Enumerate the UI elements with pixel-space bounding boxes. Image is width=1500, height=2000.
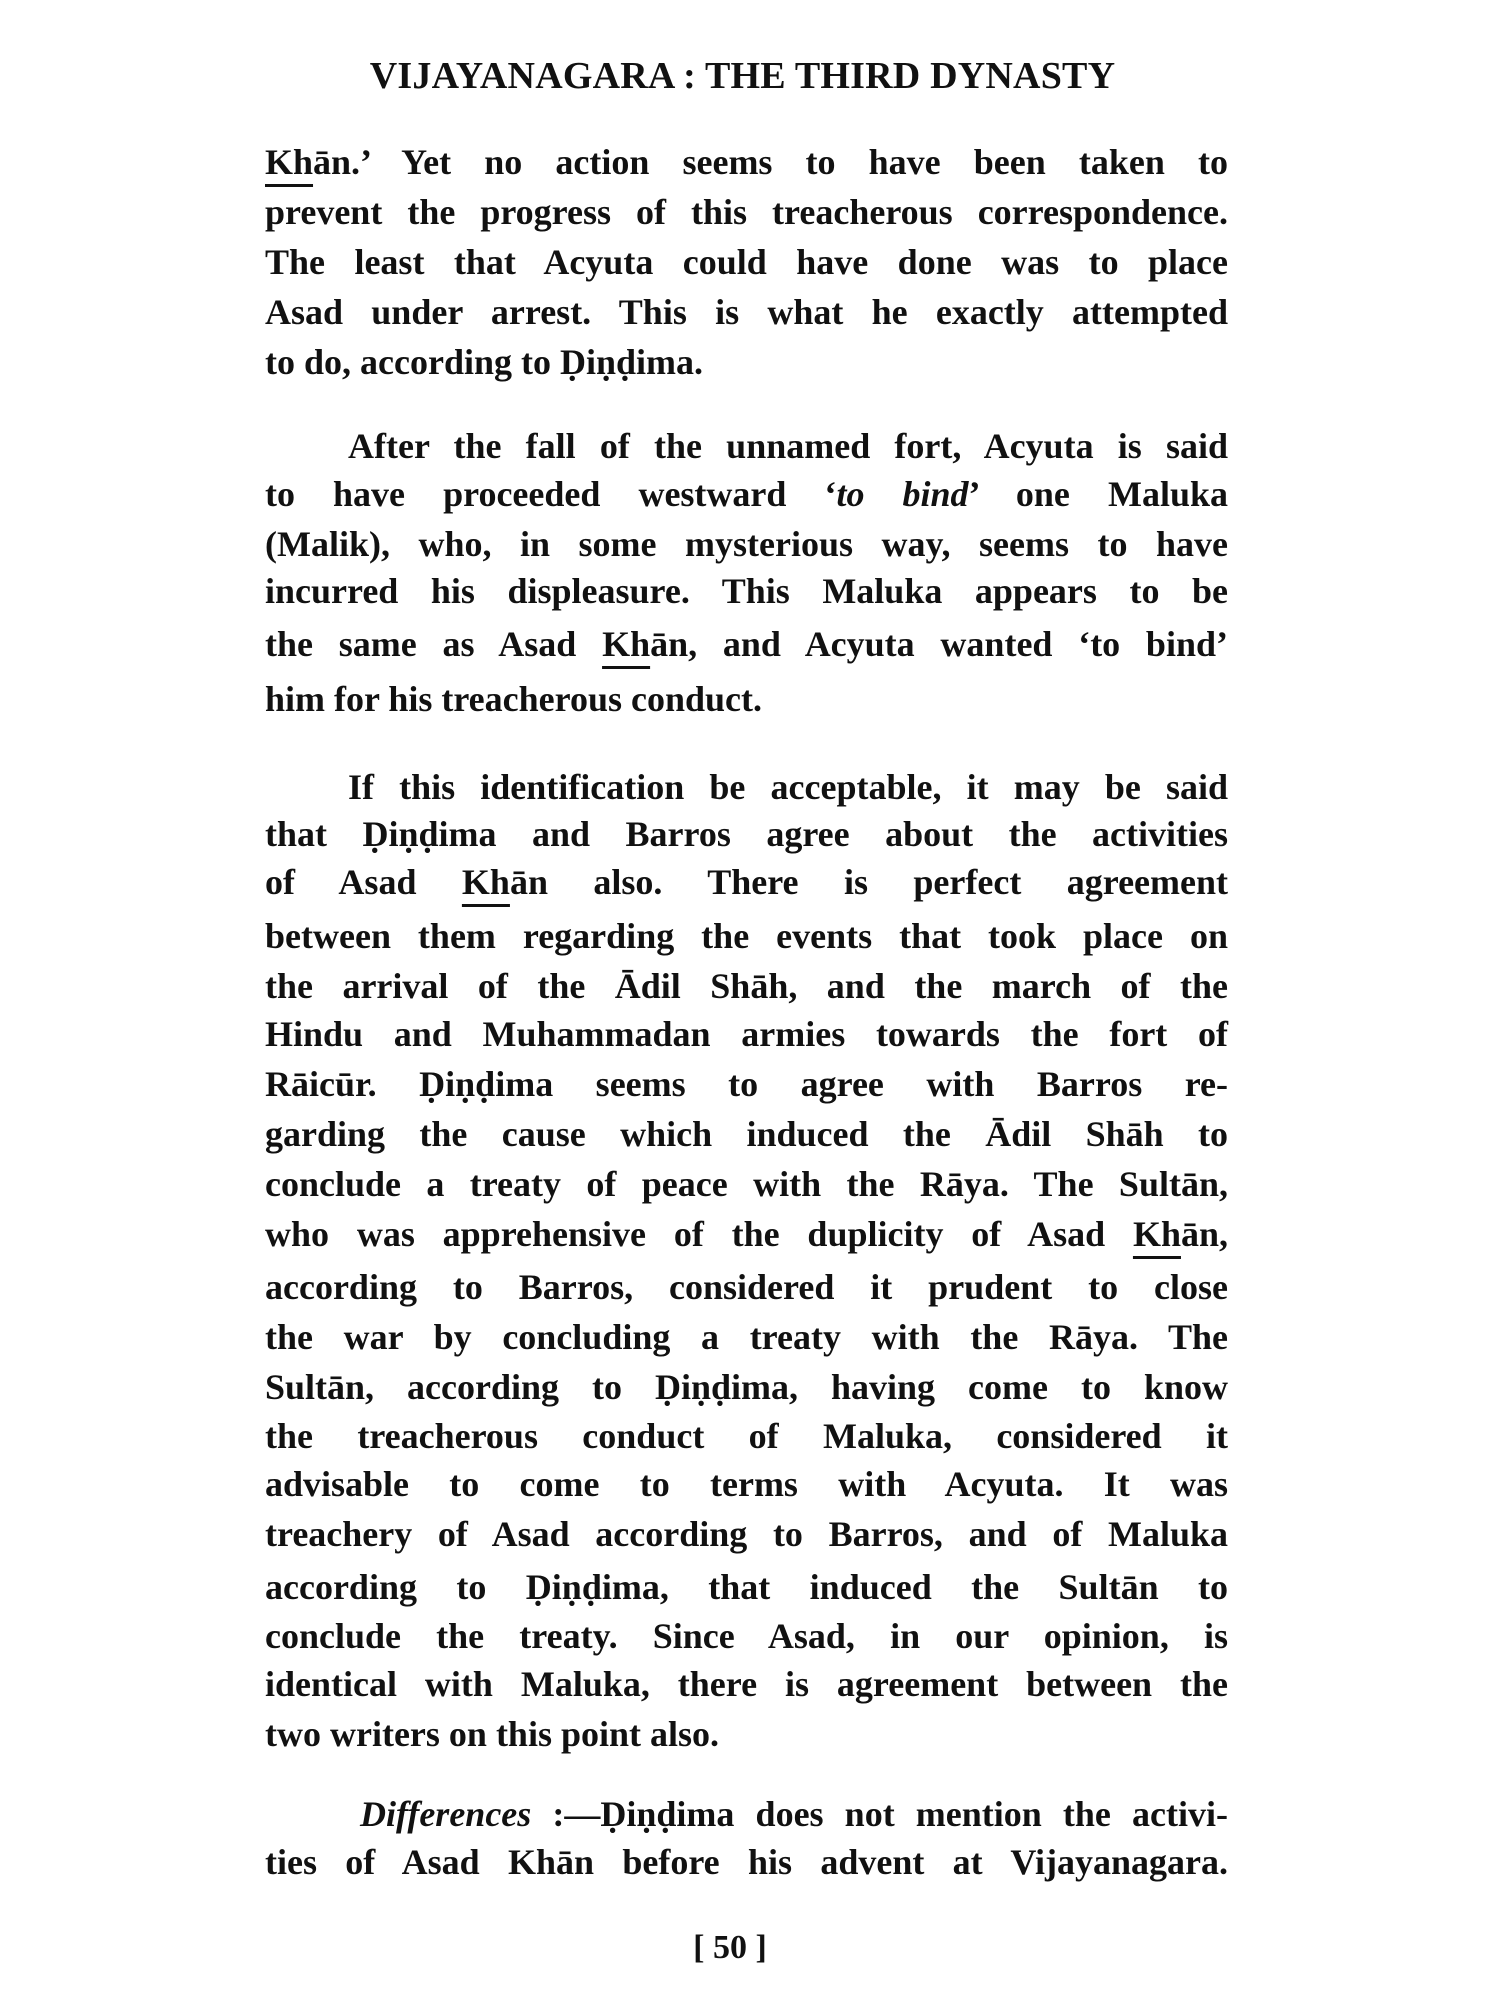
text-line: two writers on this point also. bbox=[265, 1711, 1228, 1757]
text-line: (Malik), who, in some mysterious way, se… bbox=[265, 521, 1228, 567]
text-line: The least that Acyuta could have done wa… bbox=[265, 239, 1228, 285]
line-text: of Asad bbox=[265, 862, 462, 902]
text-line: ties of Asad Khān before his advent at V… bbox=[265, 1839, 1228, 1885]
underlined-text: Kh bbox=[602, 624, 650, 664]
line-text: conclude the treaty. Since Asad, in our … bbox=[265, 1613, 1228, 1659]
line-text: to have proceeded westward ‘ bbox=[265, 474, 836, 514]
line-text: (Malik), who, in some mysterious way, se… bbox=[265, 521, 1228, 567]
text-line: according to Barros, considered it prude… bbox=[265, 1264, 1228, 1310]
line-text: to do, according to Ḍiṇḍima. bbox=[265, 339, 1228, 385]
text-line: the arrival of the Ādil Shāh, and the ma… bbox=[265, 963, 1228, 1009]
text-line: to have proceeded westward ‘to bind’ one… bbox=[265, 471, 1228, 517]
line-text: If this identification be acceptable, it… bbox=[348, 764, 1228, 810]
line-text: Sultān, according to Ḍiṇḍima, having com… bbox=[265, 1364, 1228, 1410]
line-text: the arrival of the Ādil Shāh, and the ma… bbox=[265, 963, 1228, 1009]
underlined-text: Kh bbox=[265, 142, 313, 182]
italic-heading: Differences bbox=[360, 1794, 531, 1834]
line-text: according to Barros, considered it prude… bbox=[265, 1264, 1228, 1310]
text-line: according to Ḍiṇḍima, that induced the S… bbox=[265, 1564, 1228, 1610]
line-text: ān also. There is perfect agreement bbox=[510, 862, 1228, 902]
line-text: identical with Maluka, there is agreemen… bbox=[265, 1661, 1228, 1707]
text-line: Rāicūr. Ḍiṇḍima seems to agree with Barr… bbox=[265, 1061, 1228, 1107]
line-text: Rāicūr. Ḍiṇḍima seems to agree with Barr… bbox=[265, 1061, 1228, 1107]
line-text: The least that Acyuta could have done wa… bbox=[265, 239, 1228, 285]
underlined-text: Kh bbox=[1133, 1214, 1181, 1254]
running-head: VIJAYANAGARA : THE THIRD DYNASTY bbox=[340, 52, 1145, 100]
text-line: prevent the progress of this treacherous… bbox=[265, 189, 1228, 235]
text-line: the same as Asad Khān, and Acyuta wanted… bbox=[265, 621, 1228, 667]
text-line: him for his treacherous conduct. bbox=[265, 676, 1228, 722]
text-line: advisable to come to terms with Acyuta. … bbox=[265, 1461, 1228, 1507]
text-line: After the fall of the unnamed fort, Acyu… bbox=[348, 423, 1228, 469]
line-text: the treacherous conduct of Maluka, consi… bbox=[265, 1413, 1228, 1459]
text-line: the war by concluding a treaty with the … bbox=[265, 1314, 1228, 1360]
text-line: Khān.’ Yet no action seems to have been … bbox=[265, 139, 1228, 185]
text-line: the treacherous conduct of Maluka, consi… bbox=[265, 1413, 1228, 1459]
text-line: If this identification be acceptable, it… bbox=[348, 764, 1228, 810]
text-line: that Ḍiṇḍima and Barros agree about the … bbox=[265, 811, 1228, 857]
line-text: ān.’ Yet no action seems to have been ta… bbox=[313, 142, 1228, 182]
line-text: according to Ḍiṇḍima, that induced the S… bbox=[265, 1564, 1228, 1610]
line-text: advisable to come to terms with Acyuta. … bbox=[265, 1461, 1228, 1507]
line-text: prevent the progress of this treacherous… bbox=[265, 189, 1228, 235]
text-line: between them regarding the events that t… bbox=[265, 913, 1228, 959]
line-text: two writers on this point also. bbox=[265, 1711, 1228, 1757]
line-text: treachery of Asad according to Barros, a… bbox=[265, 1511, 1228, 1557]
line-text: :—Ḍiṇḍima does not mention the activi- bbox=[531, 1794, 1228, 1834]
line-text: garding the cause which induced the Ādil… bbox=[265, 1111, 1228, 1157]
text-line: to do, according to Ḍiṇḍima. bbox=[265, 339, 1228, 385]
line-text: who was apprehensive of the duplicity of… bbox=[265, 1214, 1133, 1254]
line-text: the war by concluding a treaty with the … bbox=[265, 1314, 1228, 1360]
line-text: ān, and Acyuta wanted ‘to bind’ bbox=[650, 624, 1228, 664]
text-line: treachery of Asad according to Barros, a… bbox=[265, 1511, 1228, 1557]
line-text: conclude a treaty of peace with the Rāya… bbox=[265, 1161, 1228, 1207]
line-text: between them regarding the events that t… bbox=[265, 913, 1228, 959]
text-line: conclude the treaty. Since Asad, in our … bbox=[265, 1613, 1228, 1659]
line-text: the same as Asad bbox=[265, 624, 602, 664]
text-line: conclude a treaty of peace with the Rāya… bbox=[265, 1161, 1228, 1207]
line-text: After the fall of the unnamed fort, Acyu… bbox=[348, 423, 1228, 469]
line-text: incurred his displeasure. This Maluka ap… bbox=[265, 568, 1228, 614]
italic-text: to bind bbox=[836, 474, 968, 514]
text-line: incurred his displeasure. This Maluka ap… bbox=[265, 568, 1228, 614]
text-line: identical with Maluka, there is agreemen… bbox=[265, 1661, 1228, 1707]
line-text: Asad under arrest. This is what he exact… bbox=[265, 289, 1228, 335]
text-line: who was apprehensive of the duplicity of… bbox=[265, 1211, 1228, 1257]
underlined-text: Kh bbox=[462, 862, 510, 902]
line-text: ties of Asad Khān before his advent at V… bbox=[265, 1839, 1228, 1885]
page-number: [ 50 ] bbox=[680, 1928, 780, 1968]
line-text: ān, bbox=[1181, 1214, 1228, 1254]
line-text: ’ one Maluka bbox=[969, 474, 1228, 514]
line-text: him for his treacherous conduct. bbox=[265, 676, 1228, 722]
text-line: Asad under arrest. This is what he exact… bbox=[265, 289, 1228, 335]
line-text: that Ḍiṇḍima and Barros agree about the … bbox=[265, 811, 1228, 857]
text-line: Differences :—Ḍiṇḍima does not mention t… bbox=[360, 1791, 1228, 1837]
line-text: Hindu and Muhammadan armies towards the … bbox=[265, 1011, 1228, 1057]
text-line: Sultān, according to Ḍiṇḍima, having com… bbox=[265, 1364, 1228, 1410]
book-page: VIJAYANAGARA : THE THIRD DYNASTY Khān.’ … bbox=[0, 0, 1500, 2000]
text-line: of Asad Khān also. There is perfect agre… bbox=[265, 859, 1228, 905]
text-line: Hindu and Muhammadan armies towards the … bbox=[265, 1011, 1228, 1057]
text-line: garding the cause which induced the Ādil… bbox=[265, 1111, 1228, 1157]
